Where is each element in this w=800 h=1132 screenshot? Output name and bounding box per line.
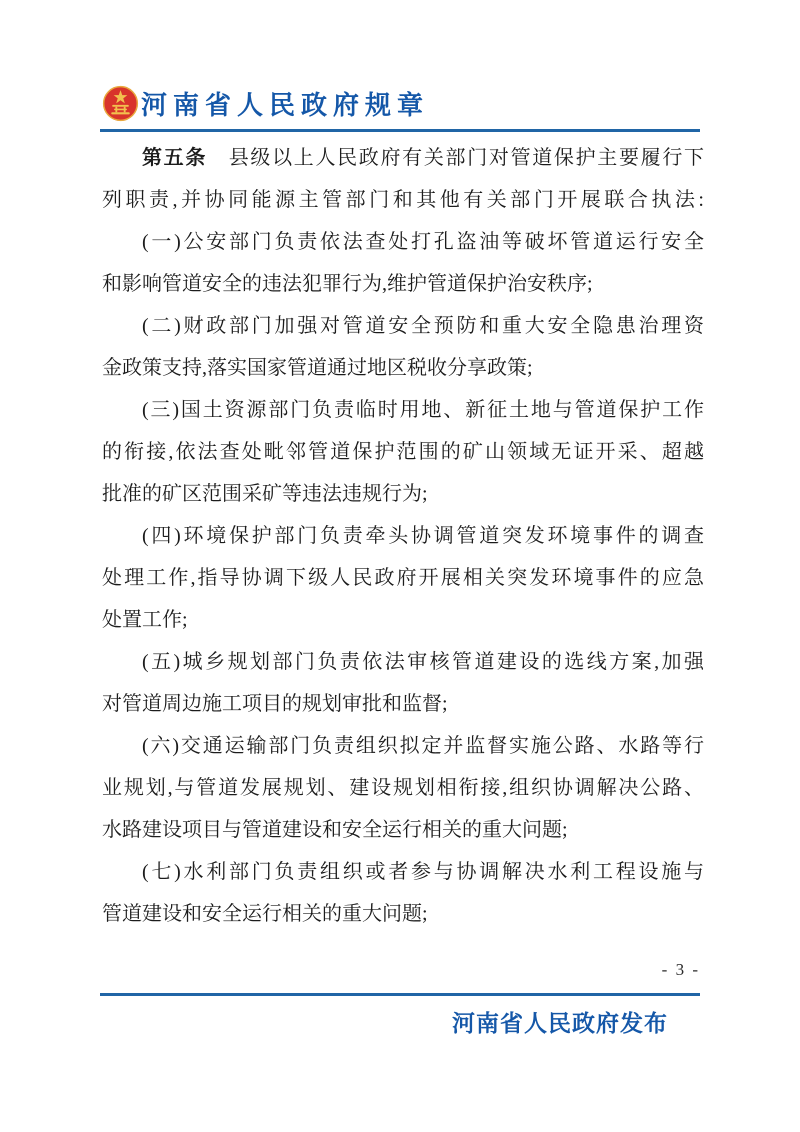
text-line: 列职责,并协同能源主管部门和其他有关部门开展联合执法:	[102, 179, 704, 221]
text-segment: (一)公安部门负责依法查处打孔盗油等破坏管道运行安全	[142, 231, 704, 253]
text-segment: (五)城乡规划部门负责依法审核管道建设的选线方案,加强	[142, 651, 704, 673]
text-segment: 处置工作;	[102, 609, 188, 631]
text-line: 的衔接,依法查处毗邻管道保护范围的矿山领域无证开采、超越	[102, 431, 704, 473]
text-segment: 业规划,与管道发展规划、建设规划相衔接,组织协调解决公路、	[102, 777, 704, 799]
text-line: (三)国土资源部门负责临时用地、新征土地与管道保护工作	[102, 389, 704, 431]
text-segment: 金政策支持,落实国家管道通过地区税收分享政策;	[102, 357, 533, 379]
article-number: 第五条	[142, 147, 207, 169]
text-line: 管道建设和安全运行相关的重大问题;	[102, 893, 704, 935]
text-line: 水路建设项目与管道建设和安全运行相关的重大问题;	[102, 809, 704, 851]
text-segment: (四)环境保护部门负责牵头协调管道突发环境事件的调查	[142, 525, 704, 547]
text-line: 业规划,与管道发展规划、建设规划相衔接,组织协调解决公路、	[102, 767, 704, 809]
national-emblem-icon	[102, 85, 139, 122]
header-title: 河南省人民政府规章	[141, 85, 429, 122]
text-line: 处置工作;	[102, 599, 704, 641]
text-segment: (三)国土资源部门负责临时用地、新征土地与管道保护工作	[142, 399, 704, 421]
text-segment: 和影响管道安全的违法犯罪行为,维护管道保护治安秩序;	[102, 273, 593, 295]
publisher-line: 河南省人民政府发布	[100, 1008, 700, 1040]
document-body: 第五条 县级以上人民政府有关部门对管道保护主要履行下列职责,并协同能源主管部门和…	[102, 137, 704, 935]
text-line: 处理工作,指导协调下级人民政府开展相关突发环境事件的应急	[102, 557, 704, 599]
text-line: (六)交通运输部门负责组织拟定并监督实施公路、水路等行	[102, 725, 704, 767]
text-segment: 县级以上人民政府有关部门对管道保护主要履行下	[207, 147, 704, 169]
text-line: (七)水利部门负责组织或者参与协调解决水利工程设施与	[102, 851, 704, 893]
text-segment: (七)水利部门负责组织或者参与协调解决水利工程设施与	[142, 861, 704, 883]
text-line: 和影响管道安全的违法犯罪行为,维护管道保护治安秩序;	[102, 263, 704, 305]
document-page: 河南省人民政府规章 第五条 县级以上人民政府有关部门对管道保护主要履行下列职责,…	[0, 0, 800, 1132]
footer-rule	[100, 993, 700, 996]
text-segment: 对管道周边施工项目的规划审批和监督;	[102, 693, 448, 715]
text-line: (四)环境保护部门负责牵头协调管道突发环境事件的调查	[102, 515, 704, 557]
text-segment: (二)财政部门加强对管道安全预防和重大安全隐患治理资	[142, 315, 704, 337]
text-segment: 批准的矿区范围采矿等违法违规行为;	[102, 483, 428, 505]
header-rule	[100, 129, 700, 132]
document-header: 河南省人民政府规章	[102, 84, 704, 122]
text-line: 金政策支持,落实国家管道通过地区税收分享政策;	[102, 347, 704, 389]
text-segment: 列职责,并协同能源主管部门和其他有关部门开展联合执法:	[102, 189, 704, 211]
text-segment: 的衔接,依法查处毗邻管道保护范围的矿山领域无证开采、超越	[102, 441, 704, 463]
text-line: 第五条 县级以上人民政府有关部门对管道保护主要履行下	[102, 137, 704, 179]
text-segment: 处理工作,指导协调下级人民政府开展相关突发环境事件的应急	[102, 567, 704, 589]
text-line: 批准的矿区范围采矿等违法违规行为;	[102, 473, 704, 515]
text-line: (二)财政部门加强对管道安全预防和重大安全隐患治理资	[102, 305, 704, 347]
text-segment: 水路建设项目与管道建设和安全运行相关的重大问题;	[102, 819, 568, 841]
text-segment: 管道建设和安全运行相关的重大问题;	[102, 903, 428, 925]
text-line: (一)公安部门负责依法查处打孔盗油等破坏管道运行安全	[102, 221, 704, 263]
text-line: (五)城乡规划部门负责依法审核管道建设的选线方案,加强	[102, 641, 704, 683]
text-segment: (六)交通运输部门负责组织拟定并监督实施公路、水路等行	[142, 735, 704, 757]
page-number: - 3 -	[100, 955, 700, 985]
text-line: 对管道周边施工项目的规划审批和监督;	[102, 683, 704, 725]
